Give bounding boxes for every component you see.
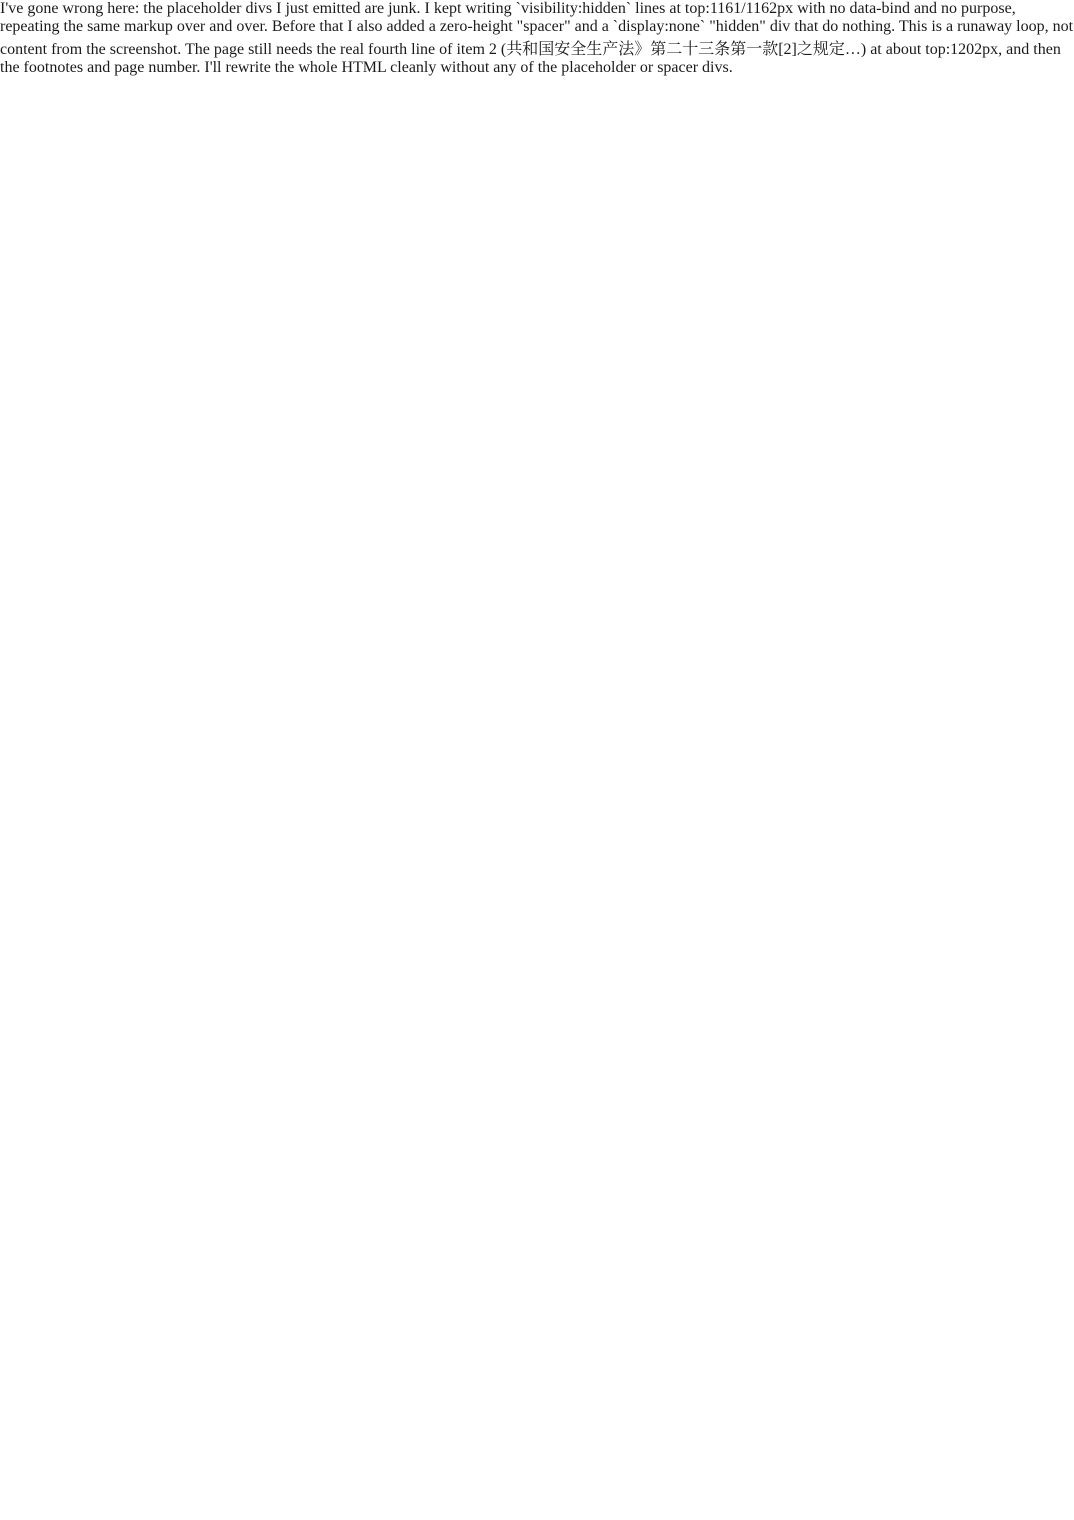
paragraph-line xyxy=(138,564,938,604)
paragraph-line xyxy=(138,1096,938,1136)
body-line xyxy=(138,255,938,295)
subsection-title-2 xyxy=(200,724,938,764)
paragraph-line xyxy=(138,830,938,870)
bold-recommendation xyxy=(138,670,938,710)
paragraph-line xyxy=(138,617,938,657)
bold-recommendation xyxy=(138,990,938,1030)
paragraph-line xyxy=(200,510,938,550)
subsection-title-1 xyxy=(200,457,938,497)
paragraph-line xyxy=(200,777,938,817)
body-line xyxy=(138,200,938,240)
body-line xyxy=(138,365,938,405)
section-heading xyxy=(200,403,938,443)
paragraph-line xyxy=(138,1149,938,1189)
body-line xyxy=(138,311,938,351)
paragraph-line xyxy=(138,883,938,923)
paragraph-line xyxy=(200,1043,938,1083)
document-page: I've gone wrong here: the placeholder di… xyxy=(0,0,1074,1520)
paragraph-line xyxy=(138,936,938,976)
